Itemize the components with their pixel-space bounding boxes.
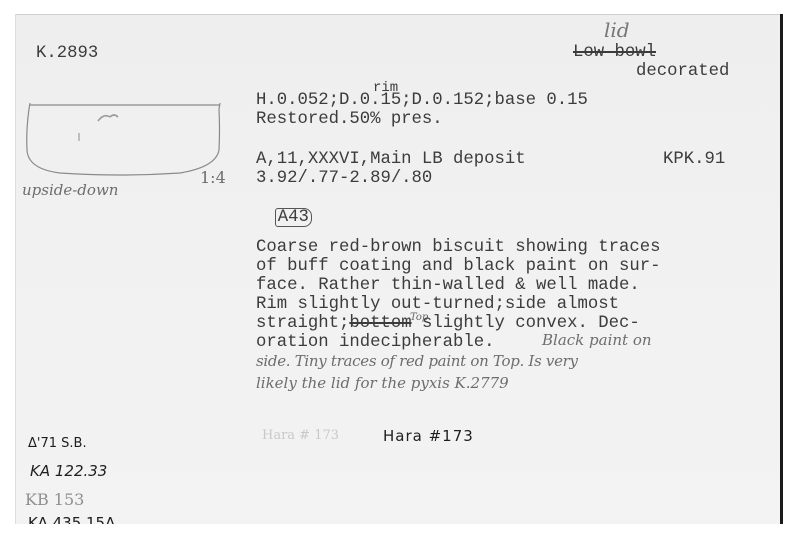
catalog-number: K.2893 bbox=[36, 44, 98, 63]
scan-bottom-margin bbox=[0, 524, 800, 538]
handwritten-note-3: likely the lid for the pyxis K.2779 bbox=[256, 374, 509, 392]
sketch-orientation-note: upside-down bbox=[22, 181, 118, 199]
description-line-2: of buff coating and black paint on sur- bbox=[256, 257, 660, 276]
preservation-line: Restored.50% pres. bbox=[256, 110, 443, 129]
object-type-correction: lid bbox=[604, 18, 630, 42]
handwritten-note-1: Black paint on bbox=[542, 331, 652, 349]
excavation-ref: KPK.91 bbox=[663, 150, 725, 169]
hara-reference-faint: Hara # 173 bbox=[262, 428, 339, 443]
description-line-3: face. Rather thin-walled & well made. bbox=[256, 276, 640, 295]
object-type-struck: Low bowl bbox=[573, 43, 656, 62]
dimensions-line: H.0.052;D.0.15;D.0.152;base 0.15 bbox=[256, 91, 588, 110]
left-reference-1: Δ'71 S.B. bbox=[28, 436, 87, 451]
description-line-5-start: straight; bbox=[256, 314, 349, 333]
depth-levels: 3.92/.77-2.89/.80 bbox=[256, 169, 432, 188]
vessel-profile-sketch bbox=[20, 95, 230, 185]
description-line-1: Coarse red-brown biscuit showing traces bbox=[256, 238, 660, 257]
hara-reference: Hara #173 bbox=[383, 427, 474, 445]
description-line-4: Rim slightly out-turned;side almost bbox=[256, 295, 619, 314]
findspot: A,11,XXXVI,Main LB deposit bbox=[256, 150, 526, 169]
left-reference-3: KB 153 bbox=[25, 490, 84, 509]
left-reference-2: KA 122.33 bbox=[30, 462, 107, 480]
description-line-5-struck: bottom bbox=[349, 314, 411, 333]
description-line-6: oration indecipherable. bbox=[256, 333, 495, 352]
boxed-code: A43 bbox=[275, 208, 312, 227]
sketch-scale: 1:4 bbox=[200, 168, 226, 187]
card-edge-shadow bbox=[780, 14, 783, 538]
boxed-code-wrapper: A43 bbox=[254, 189, 312, 227]
object-type-descriptor: decorated bbox=[636, 62, 729, 81]
handwritten-note-2: side. Tiny traces of red paint on Top. I… bbox=[256, 352, 578, 370]
